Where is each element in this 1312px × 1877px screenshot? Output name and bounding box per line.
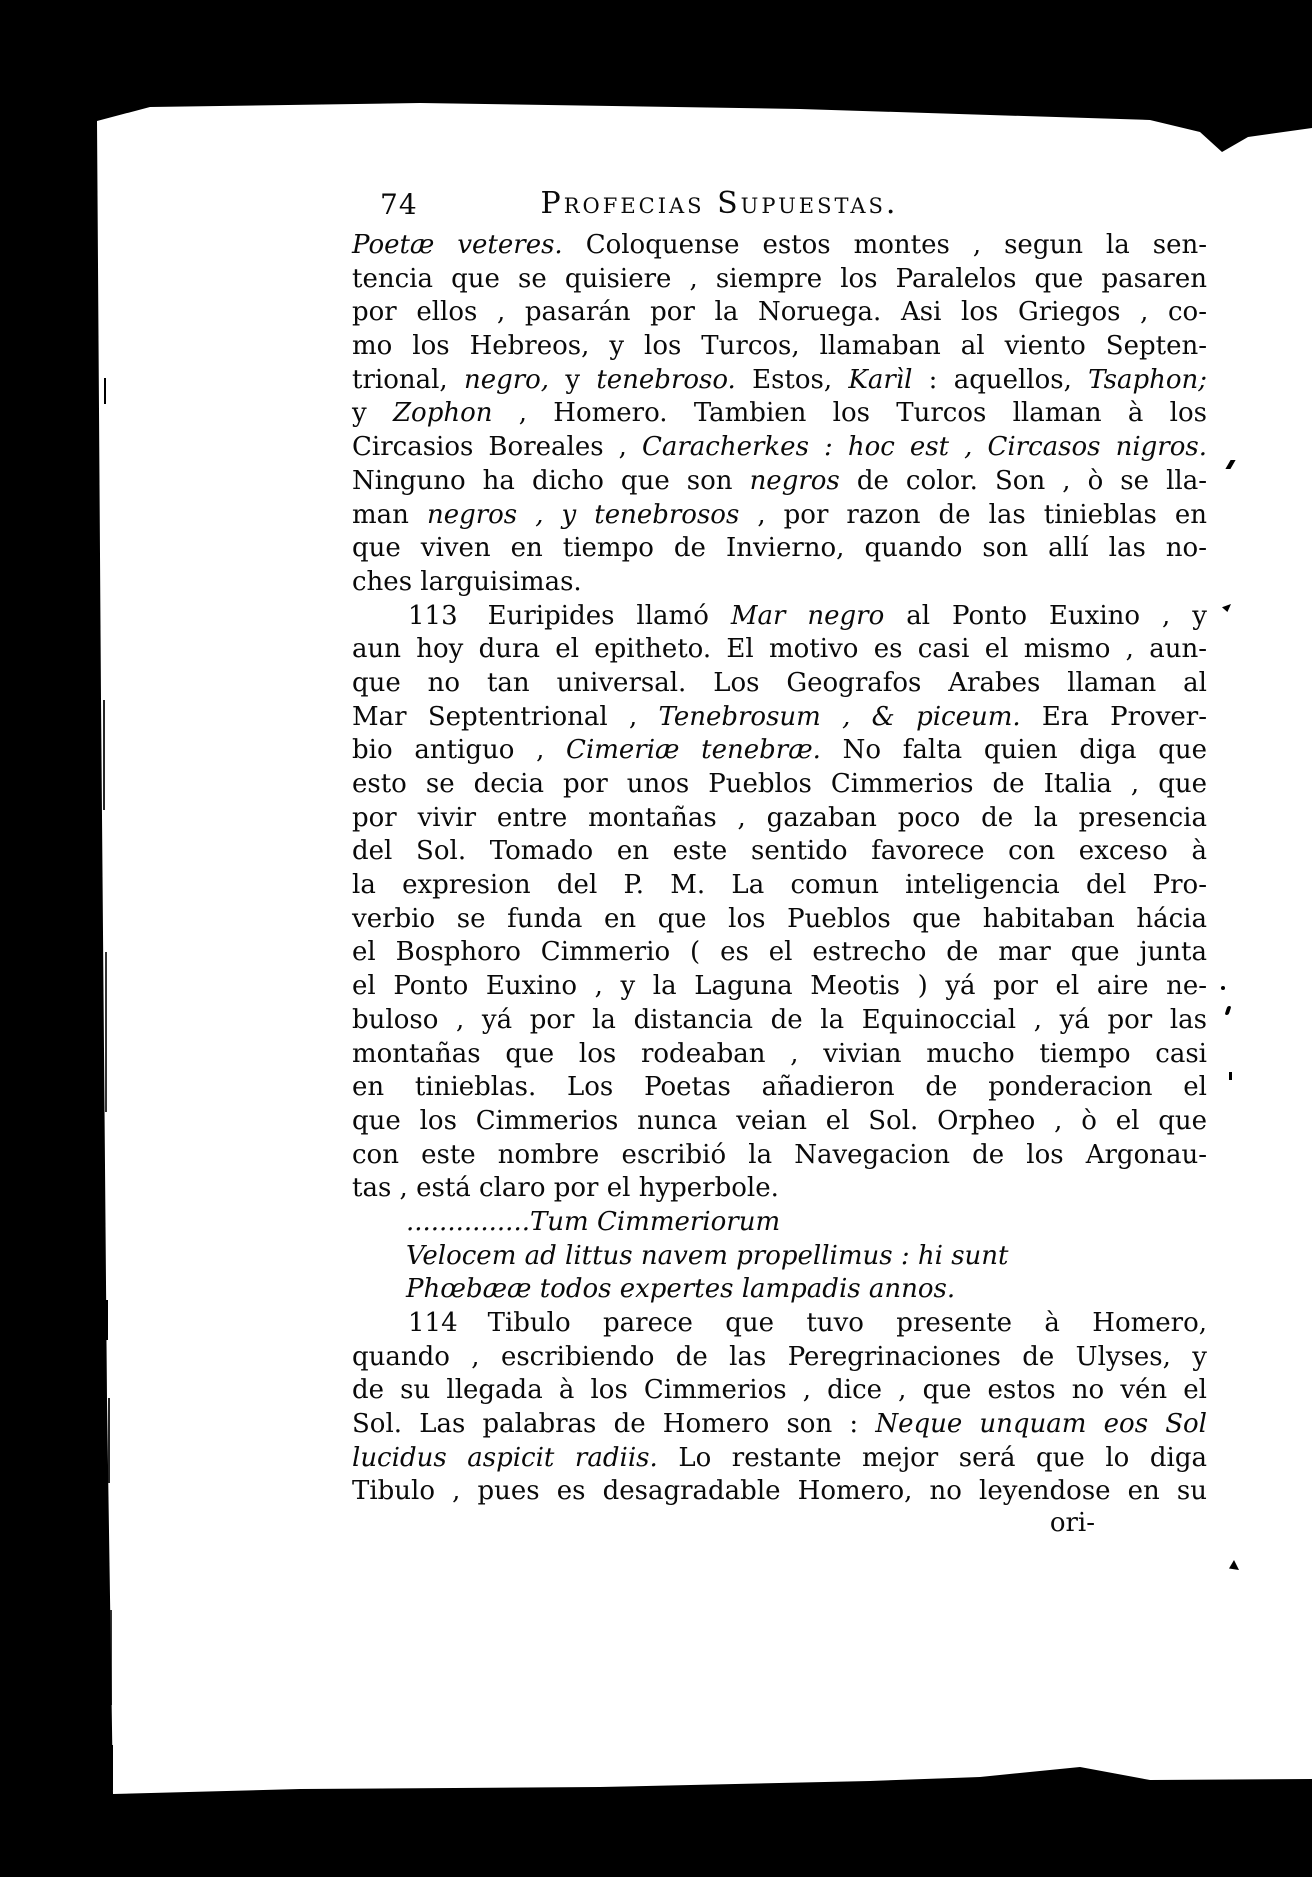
- text-segment: verbio se funda en que los Pueblos que h…: [352, 904, 1207, 934]
- text-line: Velocem ad littus navem propellimus : hi…: [352, 1240, 1207, 1274]
- text-segment: la expresion del P. M. La comun intelige…: [352, 870, 1207, 900]
- text-line: del Sol. Tomado en este sentido favorece…: [352, 835, 1207, 869]
- text-line: 113Euripides llamó Mar negro al Ponto Eu…: [352, 600, 1207, 634]
- text-segment: Lo restante mejor será que lo diga: [658, 1443, 1207, 1473]
- text-segment-italic: Phœbææ todos expertes lampadis annos.: [406, 1274, 955, 1304]
- text-segment-italic: Tsaphon;: [1088, 365, 1207, 395]
- text-line: de su llegada à los Cimmerios , dice , q…: [352, 1374, 1207, 1408]
- text-segment-italic: ...............Tum Cimmeriorum: [406, 1207, 780, 1237]
- scan-artifact-left-edge: [104, 378, 106, 404]
- text-segment: , Homero. Tambien los Turcos llaman à lo…: [492, 398, 1207, 428]
- text-line: esto se decia por unos Pueblos Cimmerios…: [352, 768, 1207, 802]
- scanned-book-page: 74 Profecias Supuestas. Poetæ veteres. C…: [0, 0, 1312, 1877]
- text-segment: y: [549, 365, 596, 395]
- text-line: y Zophon , Homero. Tambien los Turcos ll…: [352, 397, 1207, 431]
- text-segment: esto se decia por unos Pueblos Cimmerios…: [352, 769, 1207, 799]
- text-line: mo los Hebreos, y los Turcos, llamaban a…: [352, 330, 1207, 364]
- text-segment: montañas que los rodeaban , vivian mucho…: [352, 1039, 1207, 1069]
- text-segment-italic: negros , y tenebrosos: [427, 500, 739, 530]
- text-segment: Tibulo , pues es desagradable Homero, no…: [352, 1476, 1207, 1506]
- text-segment: con este nombre escribió la Navegacion d…: [352, 1140, 1207, 1170]
- text-segment: aun hoy dura el epitheto. El motivo es c…: [352, 634, 1207, 664]
- text-segment: por ellos , pasarán por la Noruega. Asi …: [352, 297, 1207, 327]
- text-line: bio antiguo , Cimeriæ tenebræ. No falta …: [352, 734, 1207, 768]
- text-segment-italic: Poetæ veteres.: [352, 230, 563, 260]
- text-segment: mo los Hebreos, y los Turcos, llamaban a…: [352, 331, 1207, 361]
- scan-artifact-left-edge: [111, 1745, 113, 1790]
- text-segment-italic: negro,: [464, 365, 549, 395]
- scan-artifact-left-edge: [105, 952, 107, 1112]
- text-line: en tinieblas. Los Poetas añadieron de po…: [352, 1071, 1207, 1105]
- text-segment: No falta quien diga que: [821, 735, 1207, 765]
- text-line: el Bosphoro Cimmerio ( es el estrecho de…: [352, 936, 1207, 970]
- text-segment: el Bosphoro Cimmerio ( es el estrecho de…: [352, 937, 1207, 967]
- text-segment: buloso , yá por la distancia de la Equin…: [352, 1005, 1207, 1035]
- text-segment: Estos,: [736, 365, 849, 395]
- text-line: que los Cimmerios nunca veian el Sol. Or…: [352, 1105, 1207, 1139]
- text-line: montañas que los rodeaban , vivian mucho…: [352, 1038, 1207, 1072]
- catchword: ori-: [352, 1508, 1207, 1538]
- text-segment: que los Cimmerios nunca veian el Sol. Or…: [352, 1106, 1207, 1136]
- text-line: tas , está claro por el hyperbole.: [352, 1172, 1207, 1206]
- text-segment: Circasios Boreales ,: [352, 432, 642, 462]
- text-segment: tas , está claro por el hyperbole.: [352, 1173, 779, 1203]
- body-text: Poetæ veteres. Coloquense estos montes ,…: [352, 229, 1207, 1509]
- text-segment-italic: Velocem ad littus navem propellimus : hi…: [406, 1241, 1008, 1271]
- scan-artifact-left-edge: [108, 1398, 110, 1483]
- text-segment: trional,: [352, 365, 464, 395]
- text-line: por vivir entre montañas , gazaban poco …: [352, 802, 1207, 836]
- text-line: por ellos , pasarán por la Noruega. Asi …: [352, 296, 1207, 330]
- text-line: que viven en tiempo de Invierno, quando …: [352, 532, 1207, 566]
- text-segment: en tinieblas. Los Poetas añadieron de po…: [352, 1072, 1207, 1102]
- text-line: Phœbææ todos expertes lampadis annos.: [352, 1273, 1207, 1307]
- running-header: 74 Profecias Supuestas.: [352, 186, 1207, 226]
- scan-artifact-speck: [1229, 1072, 1232, 1080]
- text-segment: del Sol. Tomado en este sentido favorece…: [352, 836, 1207, 866]
- text-line: que no tan universal. Los Geografos Arab…: [352, 667, 1207, 701]
- text-segment: quando , escribiendo de las Peregrinacio…: [352, 1342, 1207, 1372]
- text-segment: 114: [408, 1308, 458, 1338]
- text-line: Tibulo , pues es desagradable Homero, no…: [352, 1475, 1207, 1509]
- text-line: lucidus aspicit radiis. Lo restante mejo…: [352, 1442, 1207, 1476]
- text-line: trional, negro, y tenebroso. Estos, Karì…: [352, 364, 1207, 398]
- text-segment-italic: Cimeriæ tenebræ.: [566, 735, 821, 765]
- scan-artifact-left-edge: [110, 1610, 112, 1705]
- text-segment-italic: tenebroso.: [596, 365, 736, 395]
- text-segment: Coloquense estos montes , segun la sen-: [563, 230, 1207, 260]
- text-segment: de color. Son , ò se lla-: [840, 466, 1207, 496]
- text-segment: que viven en tiempo de Invierno, quando …: [352, 533, 1207, 563]
- text-segment-italic: Caracherkes : hoc est , Circasos nigros.: [642, 432, 1207, 462]
- text-line: ches larguisimas.: [352, 566, 1207, 600]
- text-segment: Tibulo parece que tuvo presente à Homero…: [488, 1308, 1207, 1338]
- text-segment: , por razon de las tinieblas en: [739, 500, 1207, 530]
- text-segment: por vivir entre montañas , gazaban poco …: [352, 803, 1207, 833]
- text-segment: tencia que se quisiere , siempre los Par…: [352, 264, 1207, 294]
- text-line: Circasios Boreales , Caracherkes : hoc e…: [352, 431, 1207, 465]
- text-segment: bio antiguo ,: [352, 735, 566, 765]
- text-line: quando , escribiendo de las Peregrinacio…: [352, 1341, 1207, 1375]
- text-segment-italic: Tenebrosum , & piceum.: [659, 702, 1021, 732]
- text-segment: man: [352, 500, 427, 530]
- text-line: la expresion del P. M. La comun intelige…: [352, 869, 1207, 903]
- text-segment-italic: Karìl: [848, 365, 912, 395]
- text-line: Ninguno ha dicho que son negros de color…: [352, 465, 1207, 499]
- text-segment: de su llegada à los Cimmerios , dice , q…: [352, 1375, 1207, 1405]
- text-segment: y: [352, 398, 393, 428]
- text-segment: : aquellos,: [912, 365, 1088, 395]
- scan-artifact-left-edge: [103, 700, 105, 810]
- text-segment: Mar Septentrional ,: [352, 702, 659, 732]
- text-segment: Euripides llamó: [488, 601, 731, 631]
- text-line: Mar Septentrional , Tenebrosum , & piceu…: [352, 701, 1207, 735]
- text-segment: Era Prover-: [1021, 702, 1207, 732]
- scan-artifact-left-edge: [106, 1300, 108, 1340]
- text-segment: que no tan universal. Los Geografos Arab…: [352, 668, 1207, 698]
- text-line: man negros , y tenebrosos , por razon de…: [352, 499, 1207, 533]
- text-segment: al Ponto Euxino , y: [884, 601, 1207, 631]
- page-number: 74: [380, 188, 418, 221]
- text-segment-italic: Zophon: [393, 398, 493, 428]
- text-segment: ches larguisimas.: [352, 567, 582, 597]
- text-segment: Ninguno ha dicho que son: [352, 466, 750, 496]
- text-line: ...............Tum Cimmeriorum: [352, 1206, 1207, 1240]
- text-segment-italic: negros: [750, 466, 840, 496]
- text-line: tencia que se quisiere , siempre los Par…: [352, 263, 1207, 297]
- text-line: Sol. Las palabras de Homero son : Neque …: [352, 1408, 1207, 1442]
- text-segment-italic: lucidus aspicit radiis.: [352, 1443, 658, 1473]
- text-line: aun hoy dura el epitheto. El motivo es c…: [352, 633, 1207, 667]
- text-line: buloso , yá por la distancia de la Equin…: [352, 1004, 1207, 1038]
- text-line: 114Tibulo parece que tuvo presente à Hom…: [352, 1307, 1207, 1341]
- text-line: verbio se funda en que los Pueblos que h…: [352, 903, 1207, 937]
- text-line: el Ponto Euxino , y la Laguna Meotis ) y…: [352, 970, 1207, 1004]
- text-segment: Sol. Las palabras de Homero son :: [352, 1409, 875, 1439]
- text-line: Poetæ veteres. Coloquense estos montes ,…: [352, 229, 1207, 263]
- text-segment-italic: Neque unquam eos Sol: [875, 1409, 1207, 1439]
- scan-artifact-speck: [1221, 986, 1225, 990]
- text-line: con este nombre escribió la Navegacion d…: [352, 1139, 1207, 1173]
- text-segment: 113: [408, 601, 458, 631]
- text-segment-italic: Mar negro: [731, 601, 884, 631]
- header-title: Profecias Supuestas.: [492, 186, 947, 221]
- text-segment: el Ponto Euxino , y la Laguna Meotis ) y…: [352, 971, 1207, 1001]
